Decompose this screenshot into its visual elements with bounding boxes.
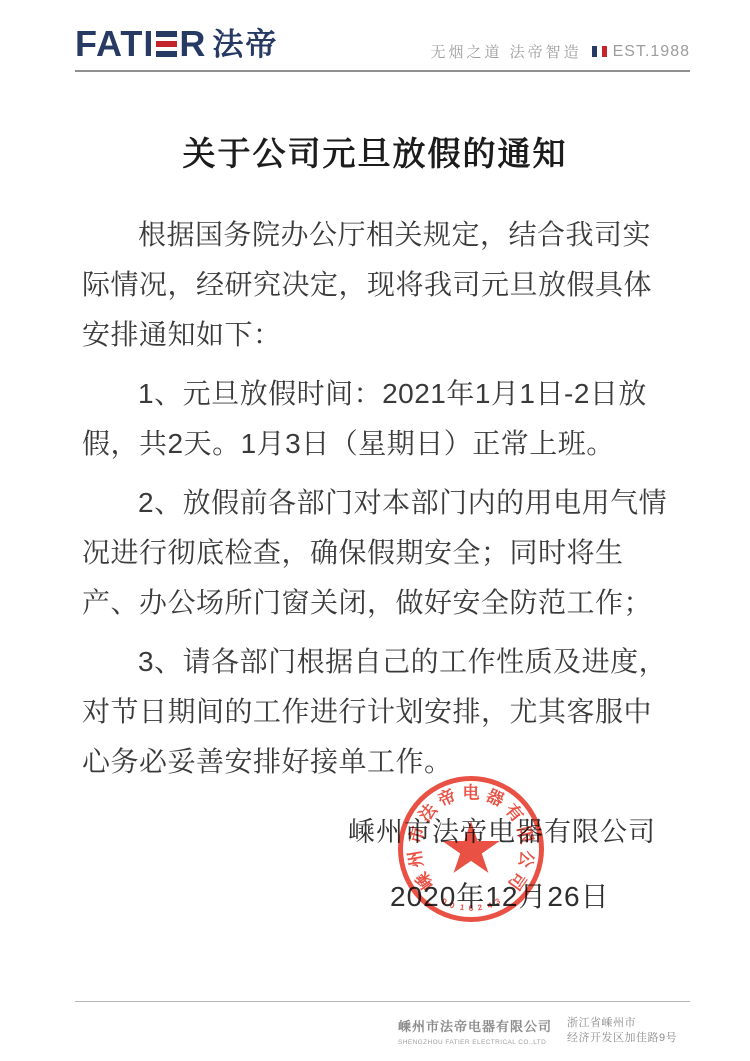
footer-company-block: 嵊州市法帝电器有限公司 SHENGZHOU FATIER ELECTRICAL … xyxy=(398,1016,552,1046)
footer-address-line2: 经济开发区加佳路9号 xyxy=(567,1031,677,1046)
notice-body: 根据国务院办公厅相关规定，结合我司实际情况，经研究决定，现将我司元旦放假具体安排… xyxy=(82,210,668,796)
footer-company-en: SHENGZHOU FATIER ELECTRICAL CO.,LTD xyxy=(398,1039,552,1046)
notice-document-page: FATI R 法帝 无烟之道 法帝智造 EST.1988 关于公司元旦放假的通知… xyxy=(0,0,750,1061)
footer-address-line1: 浙江省嵊州市 xyxy=(567,1016,677,1031)
brand-tagline: 无烟之道 法帝智造 xyxy=(430,41,581,62)
french-flag-icon xyxy=(592,46,607,57)
logo-text-r: R xyxy=(179,26,206,62)
paragraph-item-3: 3、请各部门根据自己的工作性质及进度，对节日期间的工作进行计划安排，尤其客服中心… xyxy=(82,637,668,787)
footer-divider xyxy=(75,1001,690,1002)
footer-address-block: 浙江省嵊州市 经济开发区加佳路9号 xyxy=(567,1016,677,1046)
seal-ring-char: 公 xyxy=(516,849,536,869)
paragraph-item-1: 1、元旦放假时间：2021年1月1日-2日放假，共2天。1月3日（星期日）正常上… xyxy=(82,369,668,469)
header: FATI R 法帝 无烟之道 法帝智造 EST.1988 xyxy=(75,26,690,72)
paragraph-intro: 根据国务院办公厅相关规定，结合我司实际情况，经研究决定，现将我司元旦放假具体安排… xyxy=(82,210,668,360)
seal-ring-char: 州 xyxy=(406,849,426,869)
brand-logo: FATI R 法帝 xyxy=(75,26,278,62)
footer-company-cn: 嵊州市法帝电器有限公司 xyxy=(398,1016,552,1035)
notice-title: 关于公司元旦放假的通知 xyxy=(0,128,750,175)
footer: 嵊州市法帝电器有限公司 SHENGZHOU FATIER ELECTRICAL … xyxy=(398,1016,677,1046)
header-right: 无烟之道 法帝智造 EST.1988 xyxy=(430,41,690,62)
established-year: EST.1988 xyxy=(613,43,690,61)
signature-company-name: 嵊州市法帝电器有限公司 xyxy=(348,810,656,849)
paragraph-item-2: 2、放假前各部门对本部门内的用电用气情况进行彻底检查，确保假期安全；同时将生产、… xyxy=(82,478,668,628)
logo-text-fati: FATI xyxy=(75,26,154,62)
logo-text-cn: 法帝 xyxy=(212,29,278,60)
signature-date: 2020年12月26日 xyxy=(390,875,610,915)
logo-stylized-e-icon xyxy=(156,31,177,57)
